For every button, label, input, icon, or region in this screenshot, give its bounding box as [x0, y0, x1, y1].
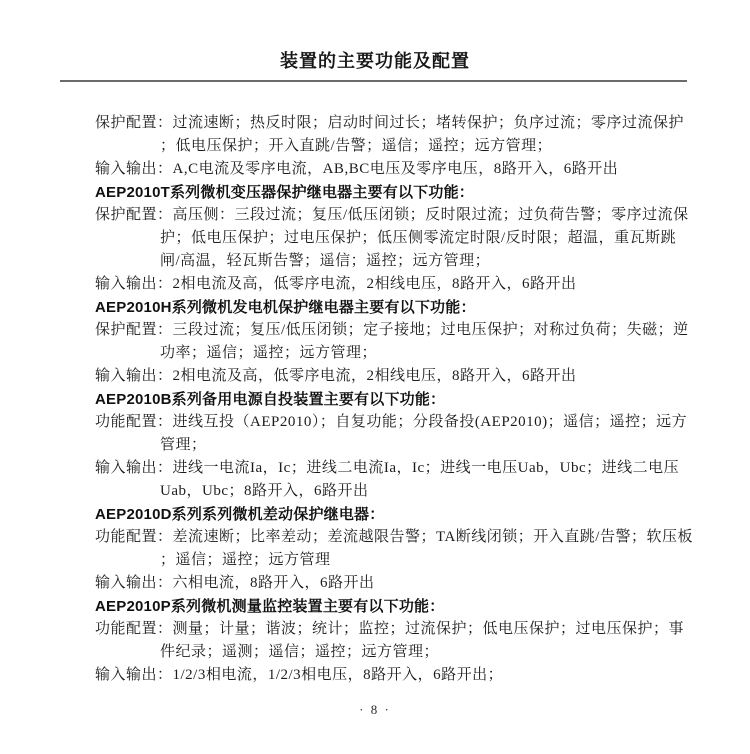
- entry-text: 高压侧：三段过流；复压/低压闭锁；反时限过流；过负荷告警；零序过流保: [173, 207, 689, 223]
- entry-label: 功能配置：: [95, 621, 173, 637]
- entry-line: 保护配置：过流速断；热反时限；启动时间过长；堵转保护；负序过流；零序过流保护: [95, 112, 715, 135]
- entry-line-continuation: 管理；: [95, 434, 715, 457]
- entry-text: 三段过流；复压/低压闭锁；定子接地；过电压保护；对称过负荷；失磁；逆: [173, 322, 689, 338]
- page-title: 装置的主要功能及配置: [0, 47, 750, 73]
- entry-line: 保护配置：三段过流；复压/低压闭锁；定子接地；过电压保护；对称过负荷；失磁；逆: [95, 319, 715, 342]
- page-number: · 8 ·: [0, 702, 750, 718]
- entry-line-continuation: ；低电压保护；开入直跳/告警；遥信；遥控；远方管理；: [95, 135, 715, 158]
- section-header: AEP2010H系列微机发电机保护继电器主要有以下功能：: [95, 296, 715, 319]
- entry-text: 过流速断；热反时限；启动时间过长；堵转保护；负序过流；零序过流保护: [173, 115, 685, 131]
- entry-line: 功能配置：差流速断；比率差动；差流越限告警；TA断线闭锁；开入直跳/告警；软压板: [95, 526, 715, 549]
- document-page: 装置的主要功能及配置 保护配置：过流速断；热反时限；启动时间过长；堵转保护；负序…: [0, 0, 750, 754]
- entry-label: 保护配置：: [95, 207, 173, 223]
- entry-line: 保护配置：高压侧：三段过流；复压/低压闭锁；反时限过流；过负荷告警；零序过流保: [95, 204, 715, 227]
- section-header: AEP2010D系列系列微机差动保护继电器：: [95, 503, 715, 526]
- entry-label: 输入输出：: [95, 460, 173, 476]
- entry-text: 2相电流及高，低零序电流，2相线电压，8路开入，6路开出: [173, 368, 577, 384]
- entry-label: 输入输出：: [95, 161, 173, 177]
- entry-line: 输入输出：1/2/3相电流，1/2/3相电压，8路开入，6路开出；: [95, 664, 715, 687]
- entry-text: 测量；计量；谐波；统计；监控；过流保护；低电压保护；过电压保护；事: [173, 621, 685, 637]
- entry-text: 2相电流及高，低零序电流，2相线电压，8路开入，6路开出: [173, 276, 577, 292]
- entry-line-continuation: 件纪录；遥测；遥信；遥控；远方管理；: [95, 641, 715, 664]
- entry-line-continuation: 功率；遥信；遥控；远方管理；: [95, 342, 715, 365]
- entry-label: 保护配置：: [95, 115, 173, 131]
- entry-line-continuation: 护；低电压保护；过电压保护；低压侧零流定时限/反时限；超温，重瓦斯跳: [95, 227, 715, 250]
- title-rule: [60, 80, 687, 82]
- entry-label: 保护配置：: [95, 322, 173, 338]
- entry-label: 输入输出：: [95, 276, 173, 292]
- entry-text: 差流速断；比率差动；差流越限告警；TA断线闭锁；开入直跳/告警；软压板: [173, 529, 693, 545]
- entry-label: 功能配置：: [95, 529, 173, 545]
- entry-line: 功能配置：进线互投（AEP2010）；自复功能；分段备投(AEP2010)；遥信…: [95, 411, 715, 434]
- document-body: 保护配置：过流速断；热反时限；启动时间过长；堵转保护；负序过流；零序过流保护 ；…: [95, 112, 715, 687]
- entry-line: 输入输出：六相电流，8路开入，6路开出: [95, 572, 715, 595]
- entry-text: A,C电流及零序电流，AB,BC电压及零序电压，8路开入，6路开出: [173, 161, 619, 177]
- entry-line: 输入输出：2相电流及高，低零序电流，2相线电压，8路开入，6路开出: [95, 273, 715, 296]
- entry-line-continuation: 闸/高温，轻瓦斯告警；遥信；遥控；远方管理；: [95, 250, 715, 273]
- section-header: AEP2010P系列微机测量监控装置主要有以下功能：: [95, 595, 715, 618]
- entry-line-continuation: ；遥信；遥控；远方管理: [95, 549, 715, 572]
- entry-line: 输入输出：2相电流及高，低零序电流，2相线电压，8路开入，6路开出: [95, 365, 715, 388]
- section-header: AEP2010T系列微机变压器保护继电器主要有以下功能：: [95, 181, 715, 204]
- entry-label: 功能配置：: [95, 414, 173, 430]
- entry-line: 输入输出：A,C电流及零序电流，AB,BC电压及零序电压，8路开入，6路开出: [95, 158, 715, 181]
- entry-label: 输入输出：: [95, 368, 173, 384]
- entry-line: 功能配置：测量；计量；谐波；统计；监控；过流保护；低电压保护；过电压保护；事: [95, 618, 715, 641]
- section-header: AEP2010B系列备用电源自投装置主要有以下功能：: [95, 388, 715, 411]
- entry-label: 输入输出：: [95, 667, 173, 683]
- entry-line-continuation: Uab，Ubc；8路开入，6路开出: [95, 480, 715, 503]
- entry-text: 1/2/3相电流，1/2/3相电压，8路开入，6路开出；: [173, 667, 504, 683]
- entry-line: 输入输出：进线一电流Ia，Ic；进线二电流Ia，Ic；进线一电压Uab，Ubc；…: [95, 457, 715, 480]
- entry-text: 进线互投（AEP2010）；自复功能；分段备投(AEP2010)；遥信；遥控；远…: [173, 414, 688, 430]
- entry-text: 进线一电流Ia，Ic；进线二电流Ia，Ic；进线一电压Uab，Ubc；进线二电压: [173, 460, 680, 476]
- entry-label: 输入输出：: [95, 575, 173, 591]
- entry-text: 六相电流，8路开入，6路开出: [173, 575, 375, 591]
